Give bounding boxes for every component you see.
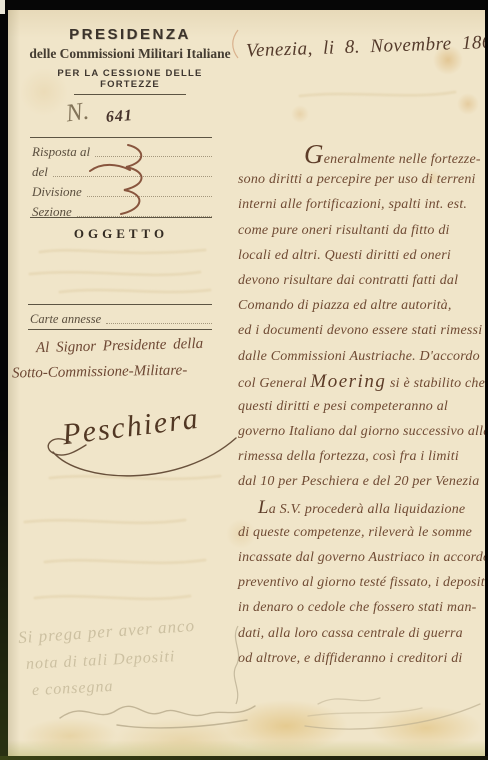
body-line-16: di queste competenze, rileverà le somme (238, 520, 488, 545)
form-field-label: Divisione (32, 184, 82, 200)
scan-border-left (0, 0, 8, 760)
scanned-letter-page: PRESIDENZA delle Commissioni Militari It… (0, 0, 488, 760)
body-line-13: rimessa della fortezza, così fra i limit… (238, 444, 488, 469)
body-line-21: od altrove, e diffideranno i creditori d… (238, 646, 488, 671)
body-line-11: questi diritti e pesi competeranno al (238, 394, 488, 419)
ink-squiggle-mark (88, 139, 152, 223)
pencil-strokes-right (300, 686, 486, 738)
attachments-rule-bottom (28, 329, 212, 330)
form-field-label: del (32, 164, 48, 180)
letter-body: Generalmente nelle fortezze- sono diritt… (238, 142, 488, 671)
attachments-label: Carte annesse (30, 312, 101, 327)
subject-rule (30, 217, 212, 218)
body-line-20: dati, alla loro cassa centrale di guerra (238, 621, 488, 646)
attachments-rule-top (28, 304, 212, 305)
subject-heading: OGGETTO (30, 226, 212, 242)
body-line-4: come pure oneri risultanti da fitto di (238, 218, 488, 243)
body-line-7: Comando di piazza ed altre autorità, (238, 293, 488, 318)
general-moering-name: Moering (310, 371, 386, 392)
dotted-leader (106, 322, 212, 324)
body-line-15: La S.V. procederà alla liquidazione (238, 495, 488, 520)
body-line-14: dal 10 per Peschiera e del 20 per Venezi… (238, 469, 488, 494)
body-line-5: locali ed altri. Questi diritti ed oneri (238, 243, 488, 268)
protocol-number-value: 641 (105, 107, 133, 127)
form-field-carte-annesse: Carte annesse (30, 308, 212, 327)
body-line-1: Generalmente nelle fortezze- (238, 142, 488, 167)
body-line-2: sono diritti a percepire per uso di terr… (238, 167, 488, 192)
protocol-number-label: N. (64, 98, 91, 129)
body-line-3: interni alle fortificazioni, spalti int.… (238, 192, 488, 217)
letterhead-subtitle2: PER LA CESSIONE DELLE FORTEZZE (40, 68, 220, 90)
scan-border-bottom (0, 756, 488, 760)
body-line-10-post: si è stabilito che (386, 376, 485, 391)
form-field-label: Risposta al (32, 144, 90, 160)
scan-corner-sliver (0, 0, 5, 14)
scan-border-top (0, 0, 488, 10)
peschiera-flourish (38, 424, 240, 486)
body-line-8: ed i documenti devono essere stati rimes… (238, 318, 488, 343)
recipient-line2: Sotto-Commissione-Militare- (12, 362, 188, 382)
letterhead-title: PRESIDENZA (40, 26, 220, 43)
body-line-9: dalle Commissioni Austriache. D'accordo (238, 344, 488, 369)
body-line-12: governo Italiano dal giorno successivo a… (238, 419, 488, 444)
body-line-19: in denaro o cedole che fossero stati man… (238, 595, 488, 620)
stray-ink-mark (228, 28, 242, 60)
letterhead-subtitle: delle Commissioni Militari Italiane (20, 46, 240, 62)
body-line-6: devono risultare dai contratti fatti dal (238, 268, 488, 293)
body-line-18: preventivo al giorno testé fissato, i de… (238, 570, 488, 595)
body-line-17: incassate dal governo Austriaco in accor… (238, 545, 488, 570)
body-line-10: col General Moering si è stabilito che (238, 369, 488, 394)
protocol-rule (30, 137, 212, 138)
pencil-brace-mark (228, 624, 244, 708)
body-line-10-pre: col General (238, 376, 310, 391)
letterhead-rule (74, 94, 186, 95)
